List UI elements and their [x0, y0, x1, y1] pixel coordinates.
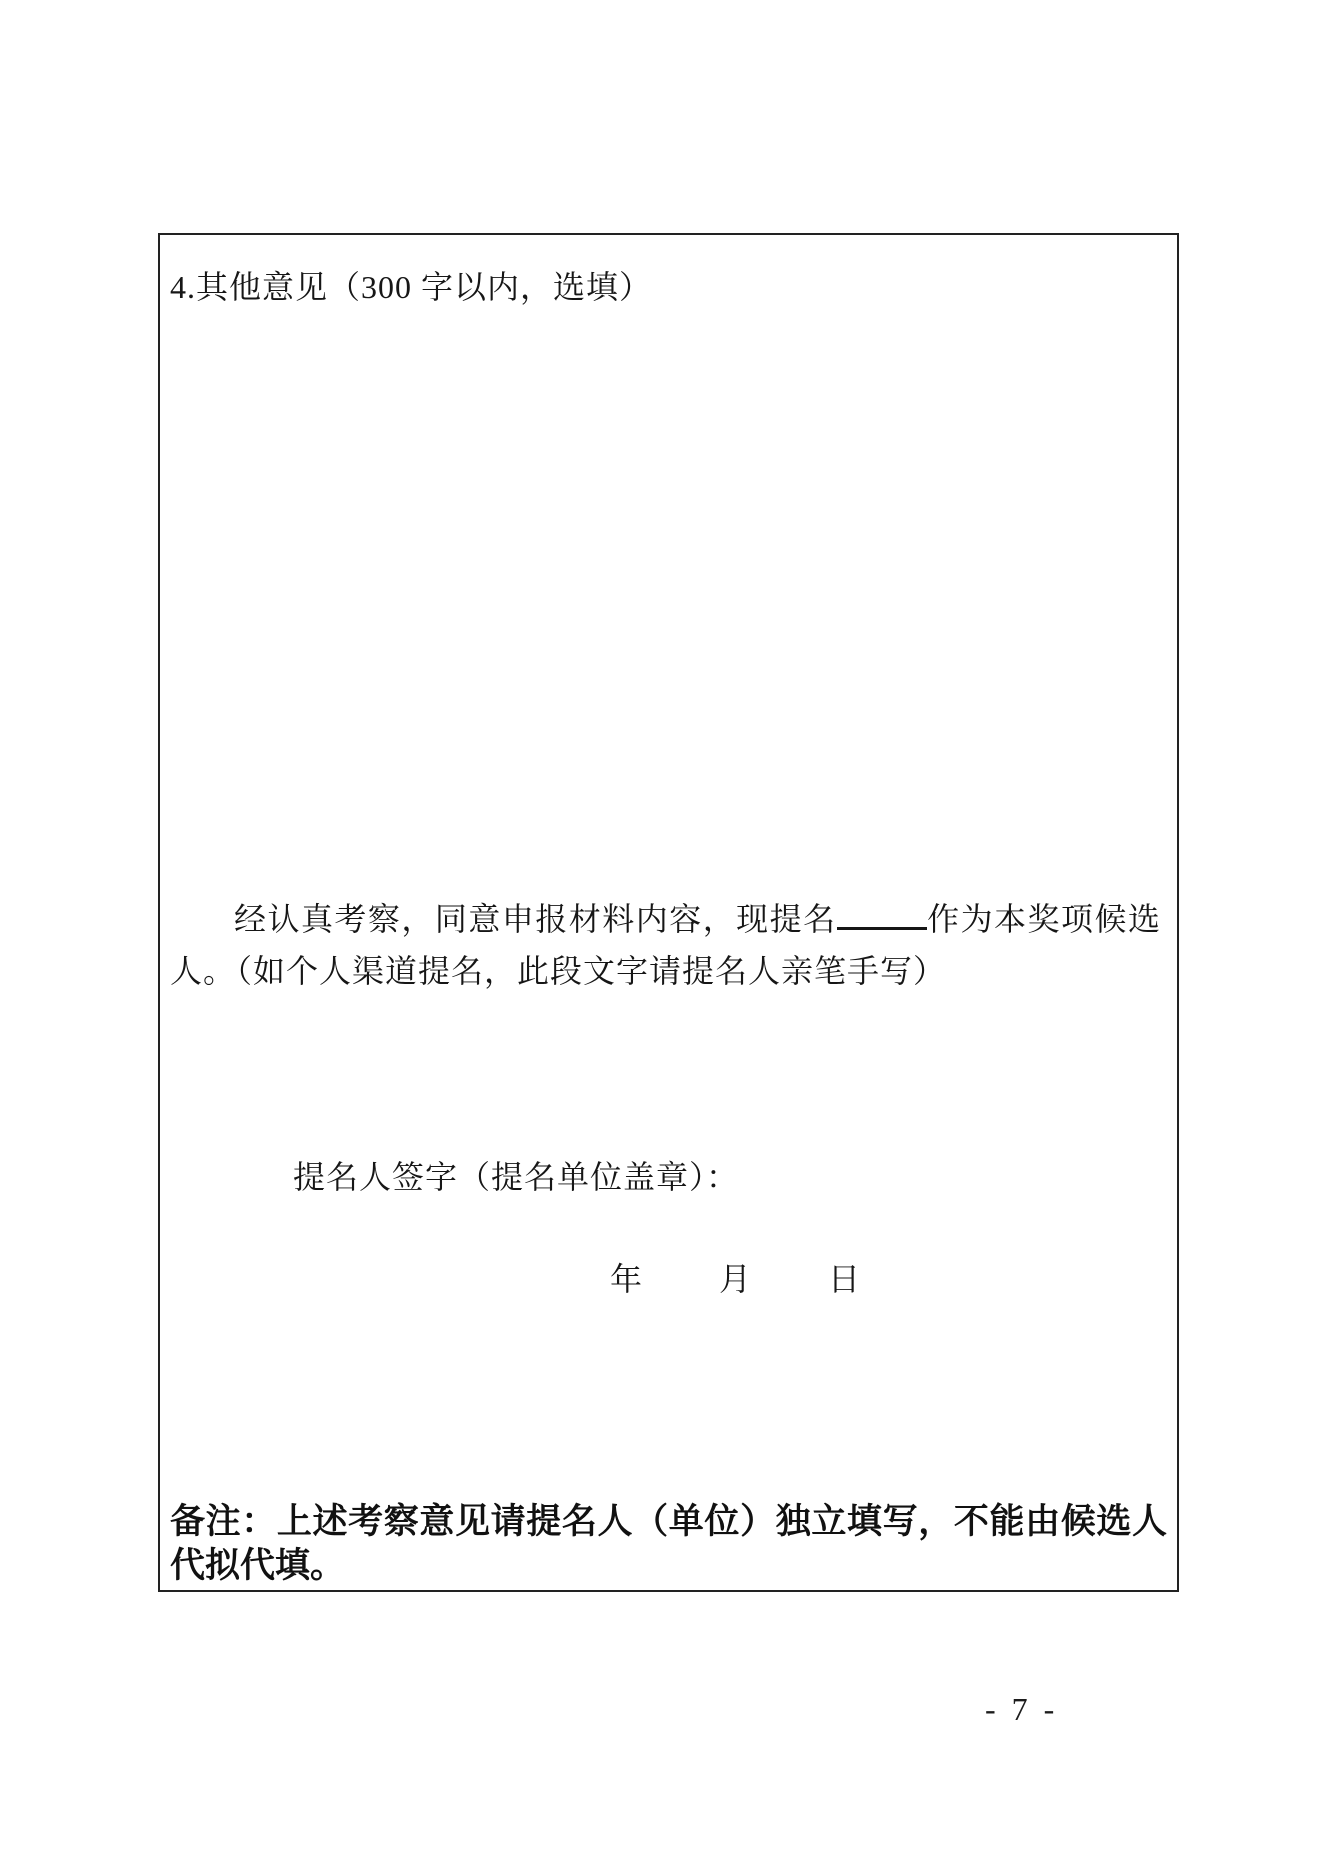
nominator-signature-label: 提名人签字（提名单位盖章）：	[293, 1155, 739, 1199]
opinion-form-box: 4.其他意见（300 字以内，选填） 经认真考察，同意申报材料内容，现提名作为本…	[158, 233, 1179, 1592]
date-line: 年 月 日	[610, 1257, 860, 1301]
date-year-label: 年	[610, 1257, 642, 1301]
document-page: 4.其他意见（300 字以内，选填） 经认真考察，同意申报材料内容，现提名作为本…	[0, 0, 1323, 1871]
page-number: - 7 -	[985, 1690, 1058, 1728]
nomination-statement: 经认真考察，同意申报材料内容，现提名作为本奖项候选人。（如个人渠道提名，此段文字…	[170, 893, 1161, 997]
date-day-label: 日	[828, 1257, 860, 1301]
nominee-name-blank-field	[837, 893, 927, 930]
remark-note: 备注：上述考察意见请提名人（单位）独立填写，不能由候选人代拟代填。	[170, 1500, 1167, 1588]
date-month-label: 月	[719, 1257, 751, 1301]
section-title-other-opinions: 4.其他意见（300 字以内，选填）	[170, 265, 652, 309]
statement-text-before-blank: 经认真考察，同意申报材料内容，现提名	[234, 901, 837, 937]
